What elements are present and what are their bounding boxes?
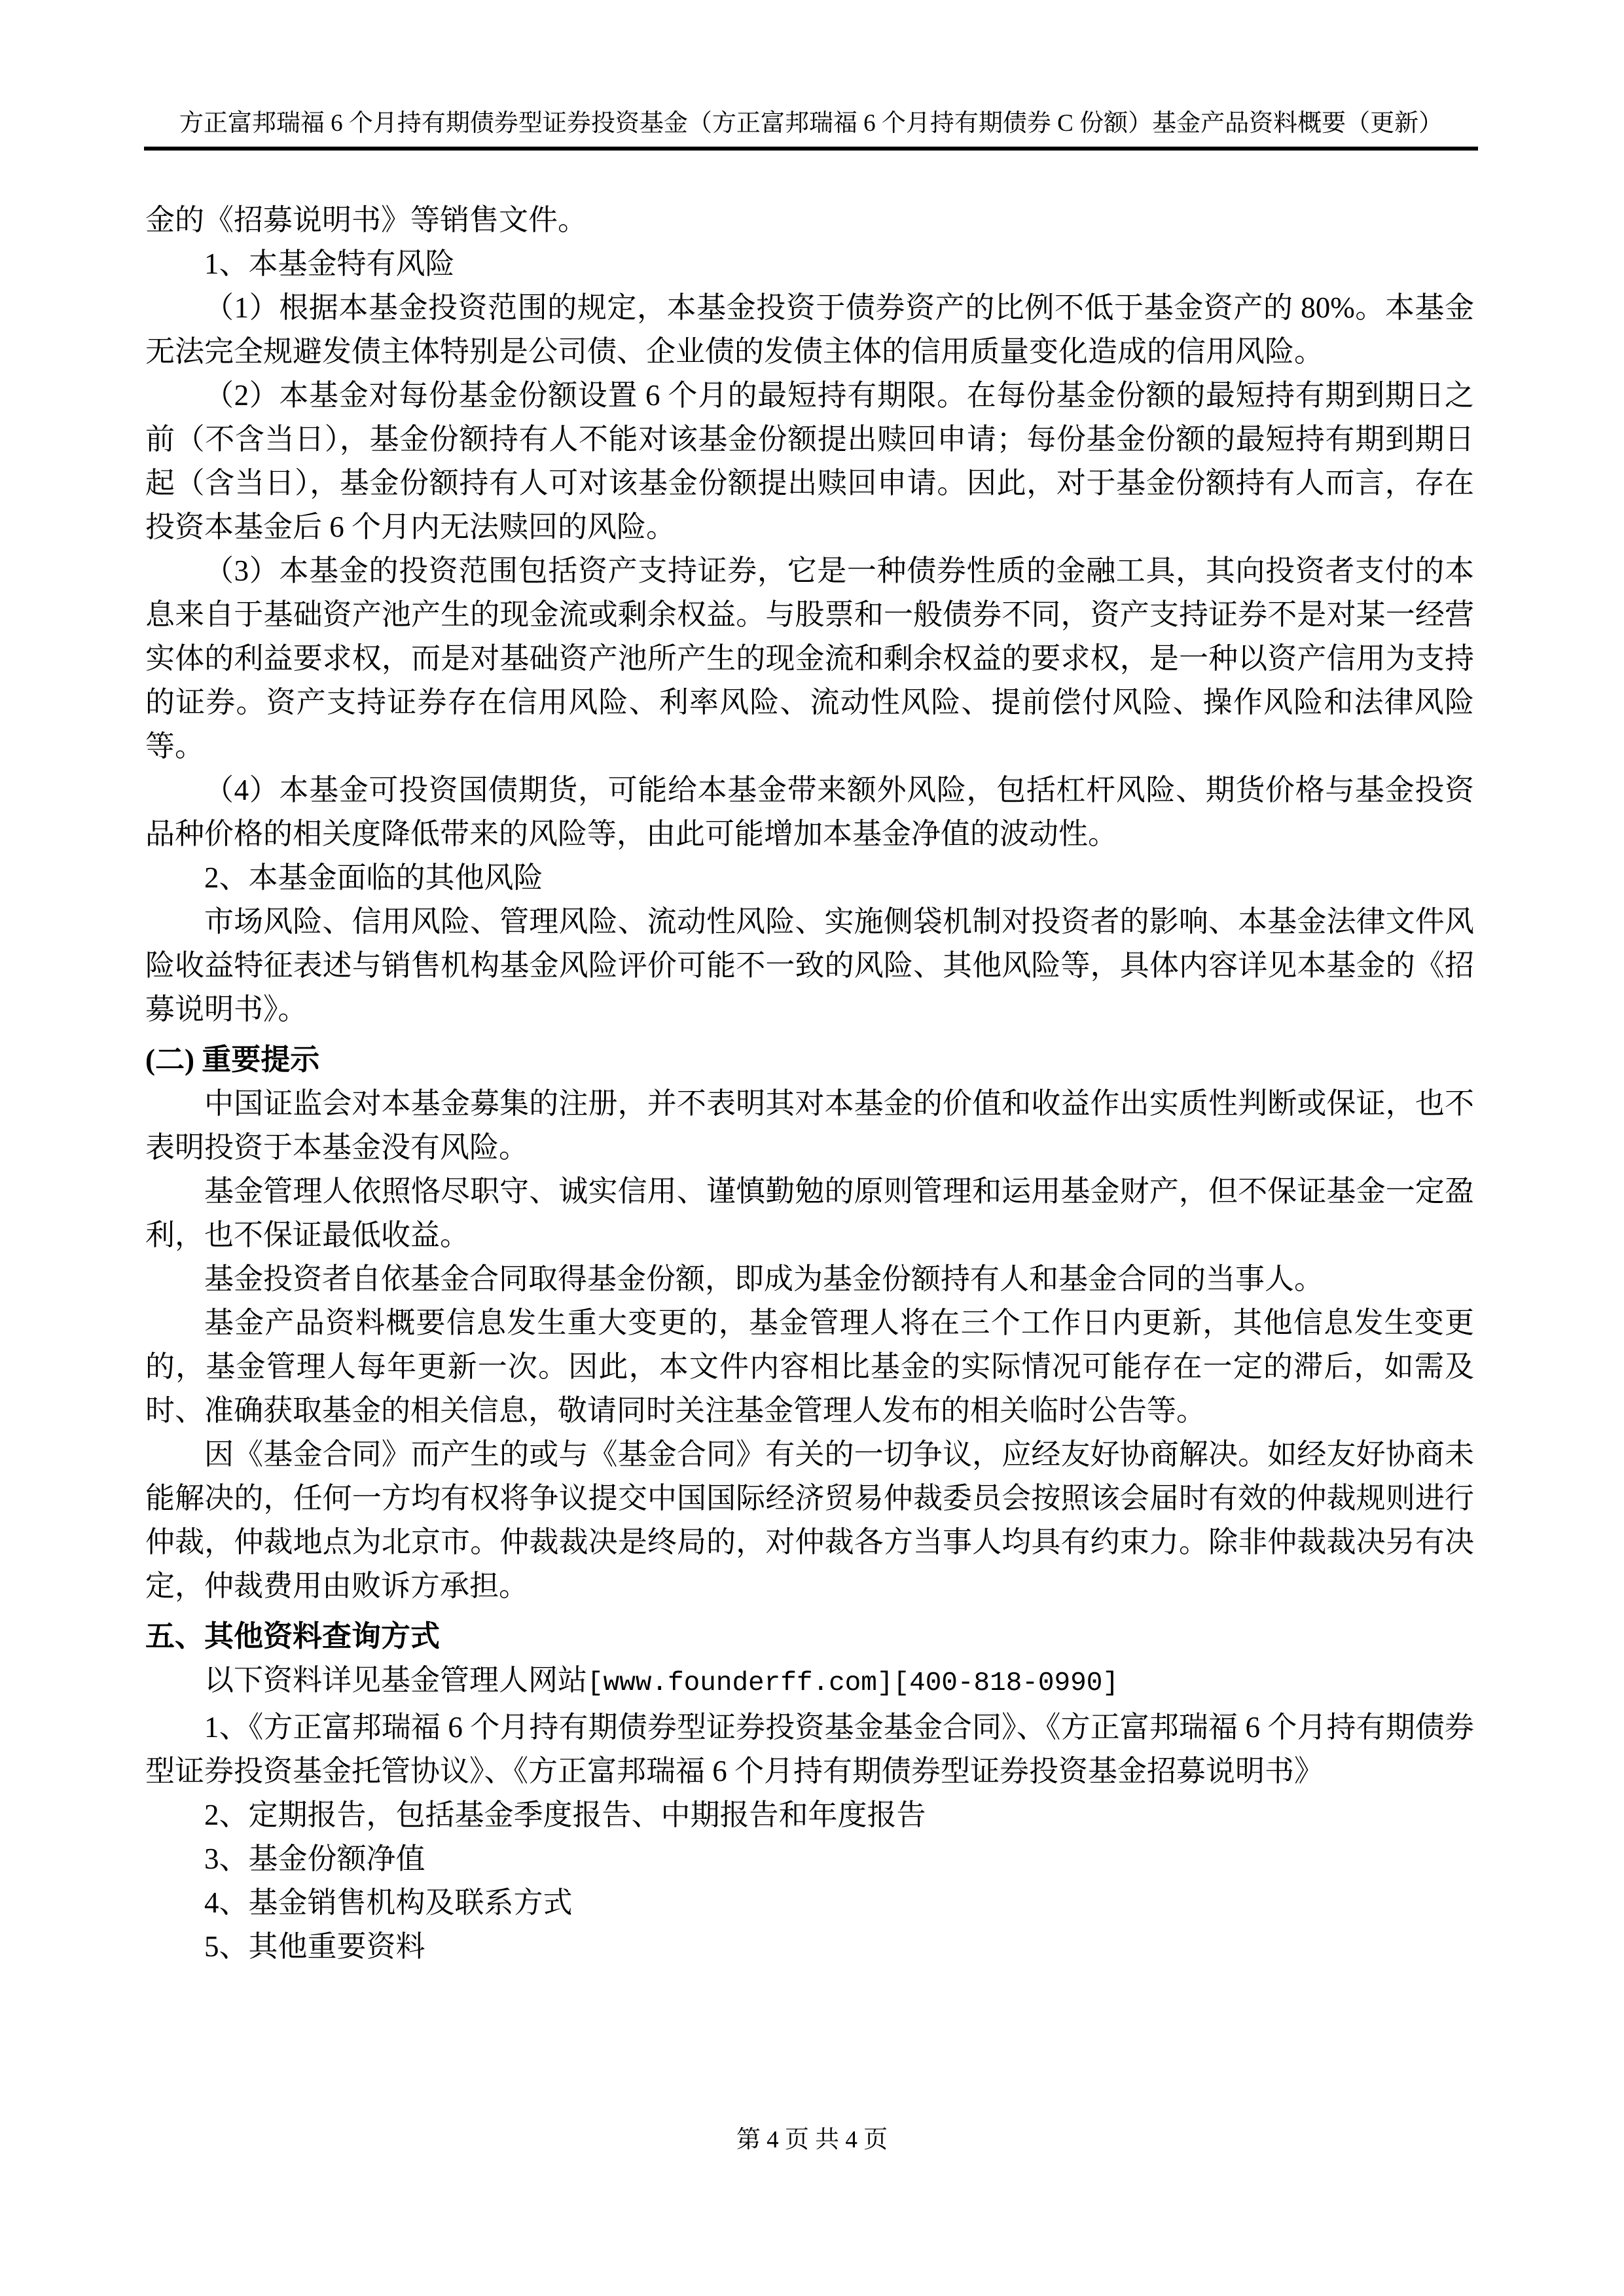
paragraph-risk-4: （4）本基金可投资国债期货，可能给本基金带来额外风险，包括杠杆风险、期货价格与基… — [145, 768, 1474, 856]
page-header: 方正富邦瑞福 6 个月持有期债券型证券投资基金（方正富邦瑞福 6 个月持有期债券… — [144, 109, 1478, 151]
section-heading-other-information: 五、其他资料查询方式 — [145, 1615, 1474, 1659]
list-item-sales-agencies: 4、基金销售机构及联系方式 — [145, 1881, 1474, 1925]
page-footer: 第 4 页 共 4 页 — [0, 2125, 1624, 2156]
list-item-periodic-reports: 2、定期报告，包括基金季度报告、中期报告和年度报告 — [145, 1793, 1474, 1837]
page-number: 第 4 页 共 4 页 — [736, 2126, 888, 2153]
document-page: 方正富邦瑞福 6 个月持有期债券型证券投资基金（方正富邦瑞福 6 个月持有期债券… — [0, 0, 1624, 2296]
website-info-label: 以下资料详见基金管理人网站 — [204, 1664, 587, 1696]
website-url-phone: [www.founderff.com][400-818-0990] — [587, 1668, 1119, 1698]
paragraph-risk-3: （3）本基金的投资范围包括资产支持证券，它是一种债券性质的金融工具，其向投资者支… — [145, 549, 1474, 768]
paragraph-update-policy: 基金产品资料概要信息发生重大变更的，基金管理人将在三个工作日内更新，其他信息发生… — [145, 1301, 1474, 1433]
section-heading-important-notice: (二) 重要提示 — [145, 1038, 1474, 1082]
list-item-fund-specific-risks: 1、本基金特有风险 — [145, 242, 1474, 286]
paragraph-continuation: 金的《招募说明书》等销售文件。 — [145, 198, 1474, 242]
paragraph-website-info: 以下资料详见基金管理人网站[www.founderff.com][400-818… — [145, 1659, 1474, 1706]
list-item-other-materials: 5、其他重要资料 — [145, 1925, 1474, 1969]
paragraph-other-risks-detail: 市场风险、信用风险、管理风险、流动性风险、实施侧袋机制对投资者的影响、本基金法律… — [145, 900, 1474, 1031]
paragraph-dispute-arbitration: 因《基金合同》而产生的或与《基金合同》有关的一切争议，应经友好协商解决。如经友好… — [145, 1433, 1474, 1608]
list-item-fund-documents: 1、《方正富邦瑞福 6 个月持有期债券型证券投资基金基金合同》、《方正富邦瑞福 … — [145, 1706, 1474, 1793]
list-item-other-risks: 2、本基金面临的其他风险 — [145, 856, 1474, 900]
list-item-nav: 3、基金份额净值 — [145, 1837, 1474, 1881]
header-title: 方正富邦瑞福 6 个月持有期债券型证券投资基金（方正富邦瑞福 6 个月持有期债券… — [179, 110, 1443, 137]
paragraph-manager-duty: 基金管理人依照恪尽职守、诚实信用、谨慎勤勉的原则管理和运用基金财产，但不保证基金… — [145, 1170, 1474, 1257]
paragraph-risk-1: （1）根据本基金投资范围的规定，本基金投资于债券资产的比例不低于基金资产的 80… — [145, 286, 1474, 374]
paragraph-risk-2: （2）本基金对每份基金份额设置 6 个月的最短持有期限。在每份基金份额的最短持有… — [145, 374, 1474, 549]
paragraph-investor-contract: 基金投资者自依基金合同取得基金份额，即成为基金份额持有人和基金合同的当事人。 — [145, 1257, 1474, 1301]
paragraph-csrc-registration: 中国证监会对本基金募集的注册，并不表明其对本基金的价值和收益作出实质性判断或保证… — [145, 1082, 1474, 1170]
document-body: 金的《招募说明书》等销售文件。 1、本基金特有风险 （1）根据本基金投资范围的规… — [145, 198, 1474, 1969]
